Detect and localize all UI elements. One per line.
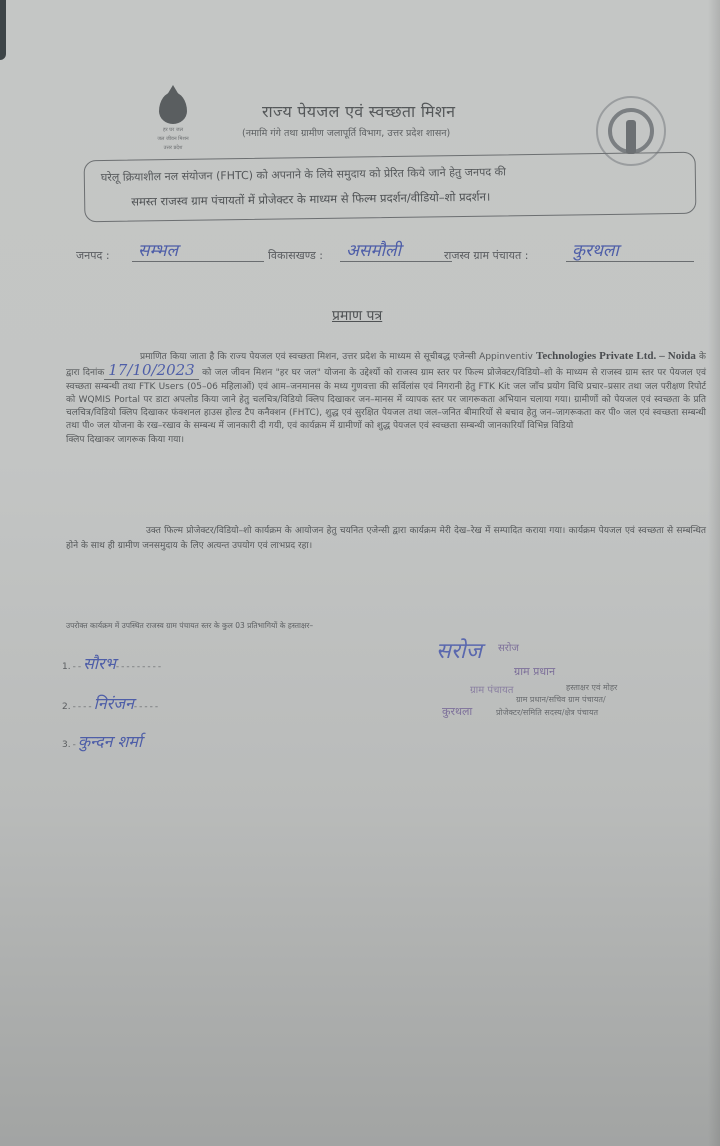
participant-signature-2: 2.----निरंजन-----: [62, 692, 160, 714]
stamp-name: सरोज: [498, 640, 519, 654]
role-caption: ग्राम प्रधान/सचिव ग्राम पंचायत/: [516, 694, 606, 705]
signer-caption: हस्ताक्षर एवं मोहर: [566, 682, 617, 693]
logo-caption-1: हर घर जल: [148, 127, 198, 133]
org-subtitle: (नमामि गंगे तथा ग्रामीण जलापूर्ति विभाग,…: [242, 126, 450, 139]
participant-signature-3: 3.-कुन्दन शर्मा: [62, 730, 142, 752]
logo-caption-2: जल जीवन मिशन: [148, 136, 198, 142]
signature-1: सौरभ: [83, 654, 116, 673]
subject-banner: घरेलू क्रियाशील नल संयोजन (FHTC) को अपना…: [84, 152, 697, 223]
logo-caption-3: उत्तर प्रदेश: [148, 145, 198, 151]
banner-line-1: घरेलू क्रियाशील नल संयोजन (FHTC) को अपना…: [101, 162, 686, 185]
org-title: राज्य पेयजल एवं स्वच्छता मिशन: [262, 100, 455, 122]
panchayat-label: राजस्व ग्राम पंचायत :: [444, 248, 528, 263]
body-end: क्लिप दिखाकर जागरूक किया गया।: [66, 435, 184, 445]
stamp-location: कुरथला: [442, 704, 472, 719]
pradhan-stamp: सरोज सरोज ग्राम प्रधान ग्राम पंचायत हस्त…: [436, 630, 696, 730]
participants-intro: उपरोक्त कार्यक्रम में उपस्थित राजस्व ग्र…: [66, 620, 406, 631]
page-edge-shadow: [708, 0, 720, 1146]
signature-3: कुन्दन शर्मा: [78, 732, 142, 751]
agency-name: Technologies Private Ltd. – Noida: [536, 350, 696, 362]
block-label: विकासखण्ड :: [268, 248, 323, 263]
banner-line-2: समस्त राजस्व ग्राम पंचायतों में प्रोजेक्…: [131, 190, 490, 210]
event-date: 17/10/2023: [104, 361, 198, 380]
photo-edge-shadow: [0, 0, 6, 60]
signature-2: निरंजन: [94, 694, 134, 713]
certificate-paragraph-2: उक्त फिल्म प्रोजेक्टर/विडियो–शो कार्यक्र…: [66, 524, 706, 554]
stamp-designation: ग्राम प्रधान: [514, 664, 555, 679]
panchayat-value: कुरथला: [566, 238, 694, 262]
certificate-body: प्रमाणित किया जाता है कि राज्य पेयजल एवं…: [66, 350, 706, 447]
pradhan-signature: सरोज: [436, 635, 482, 665]
jal-jeevan-mission-logo: हर घर जल जल जीवन मिशन उत्तर प्रदेश: [148, 92, 198, 152]
emblem-bow-arrow: [626, 120, 636, 154]
location-fields: जनपद : सम्भल विकासखण्ड : असमौली राजस्व ग…: [76, 240, 696, 270]
district-label: जनपद :: [76, 248, 110, 263]
committee-caption: प्रोजेक्टर/समिति सदस्य/क्षेत्र पंचायत: [496, 707, 598, 718]
district-value: सम्भल: [132, 238, 264, 262]
block-value: असमौली: [340, 238, 452, 262]
stamp-panchayat: ग्राम पंचायत: [470, 682, 514, 696]
participant-signature-1: 1.--सौरभ---------: [62, 652, 163, 674]
certificate-title: प्रमाण पत्र: [332, 306, 382, 325]
water-drop-icon: [159, 92, 187, 124]
